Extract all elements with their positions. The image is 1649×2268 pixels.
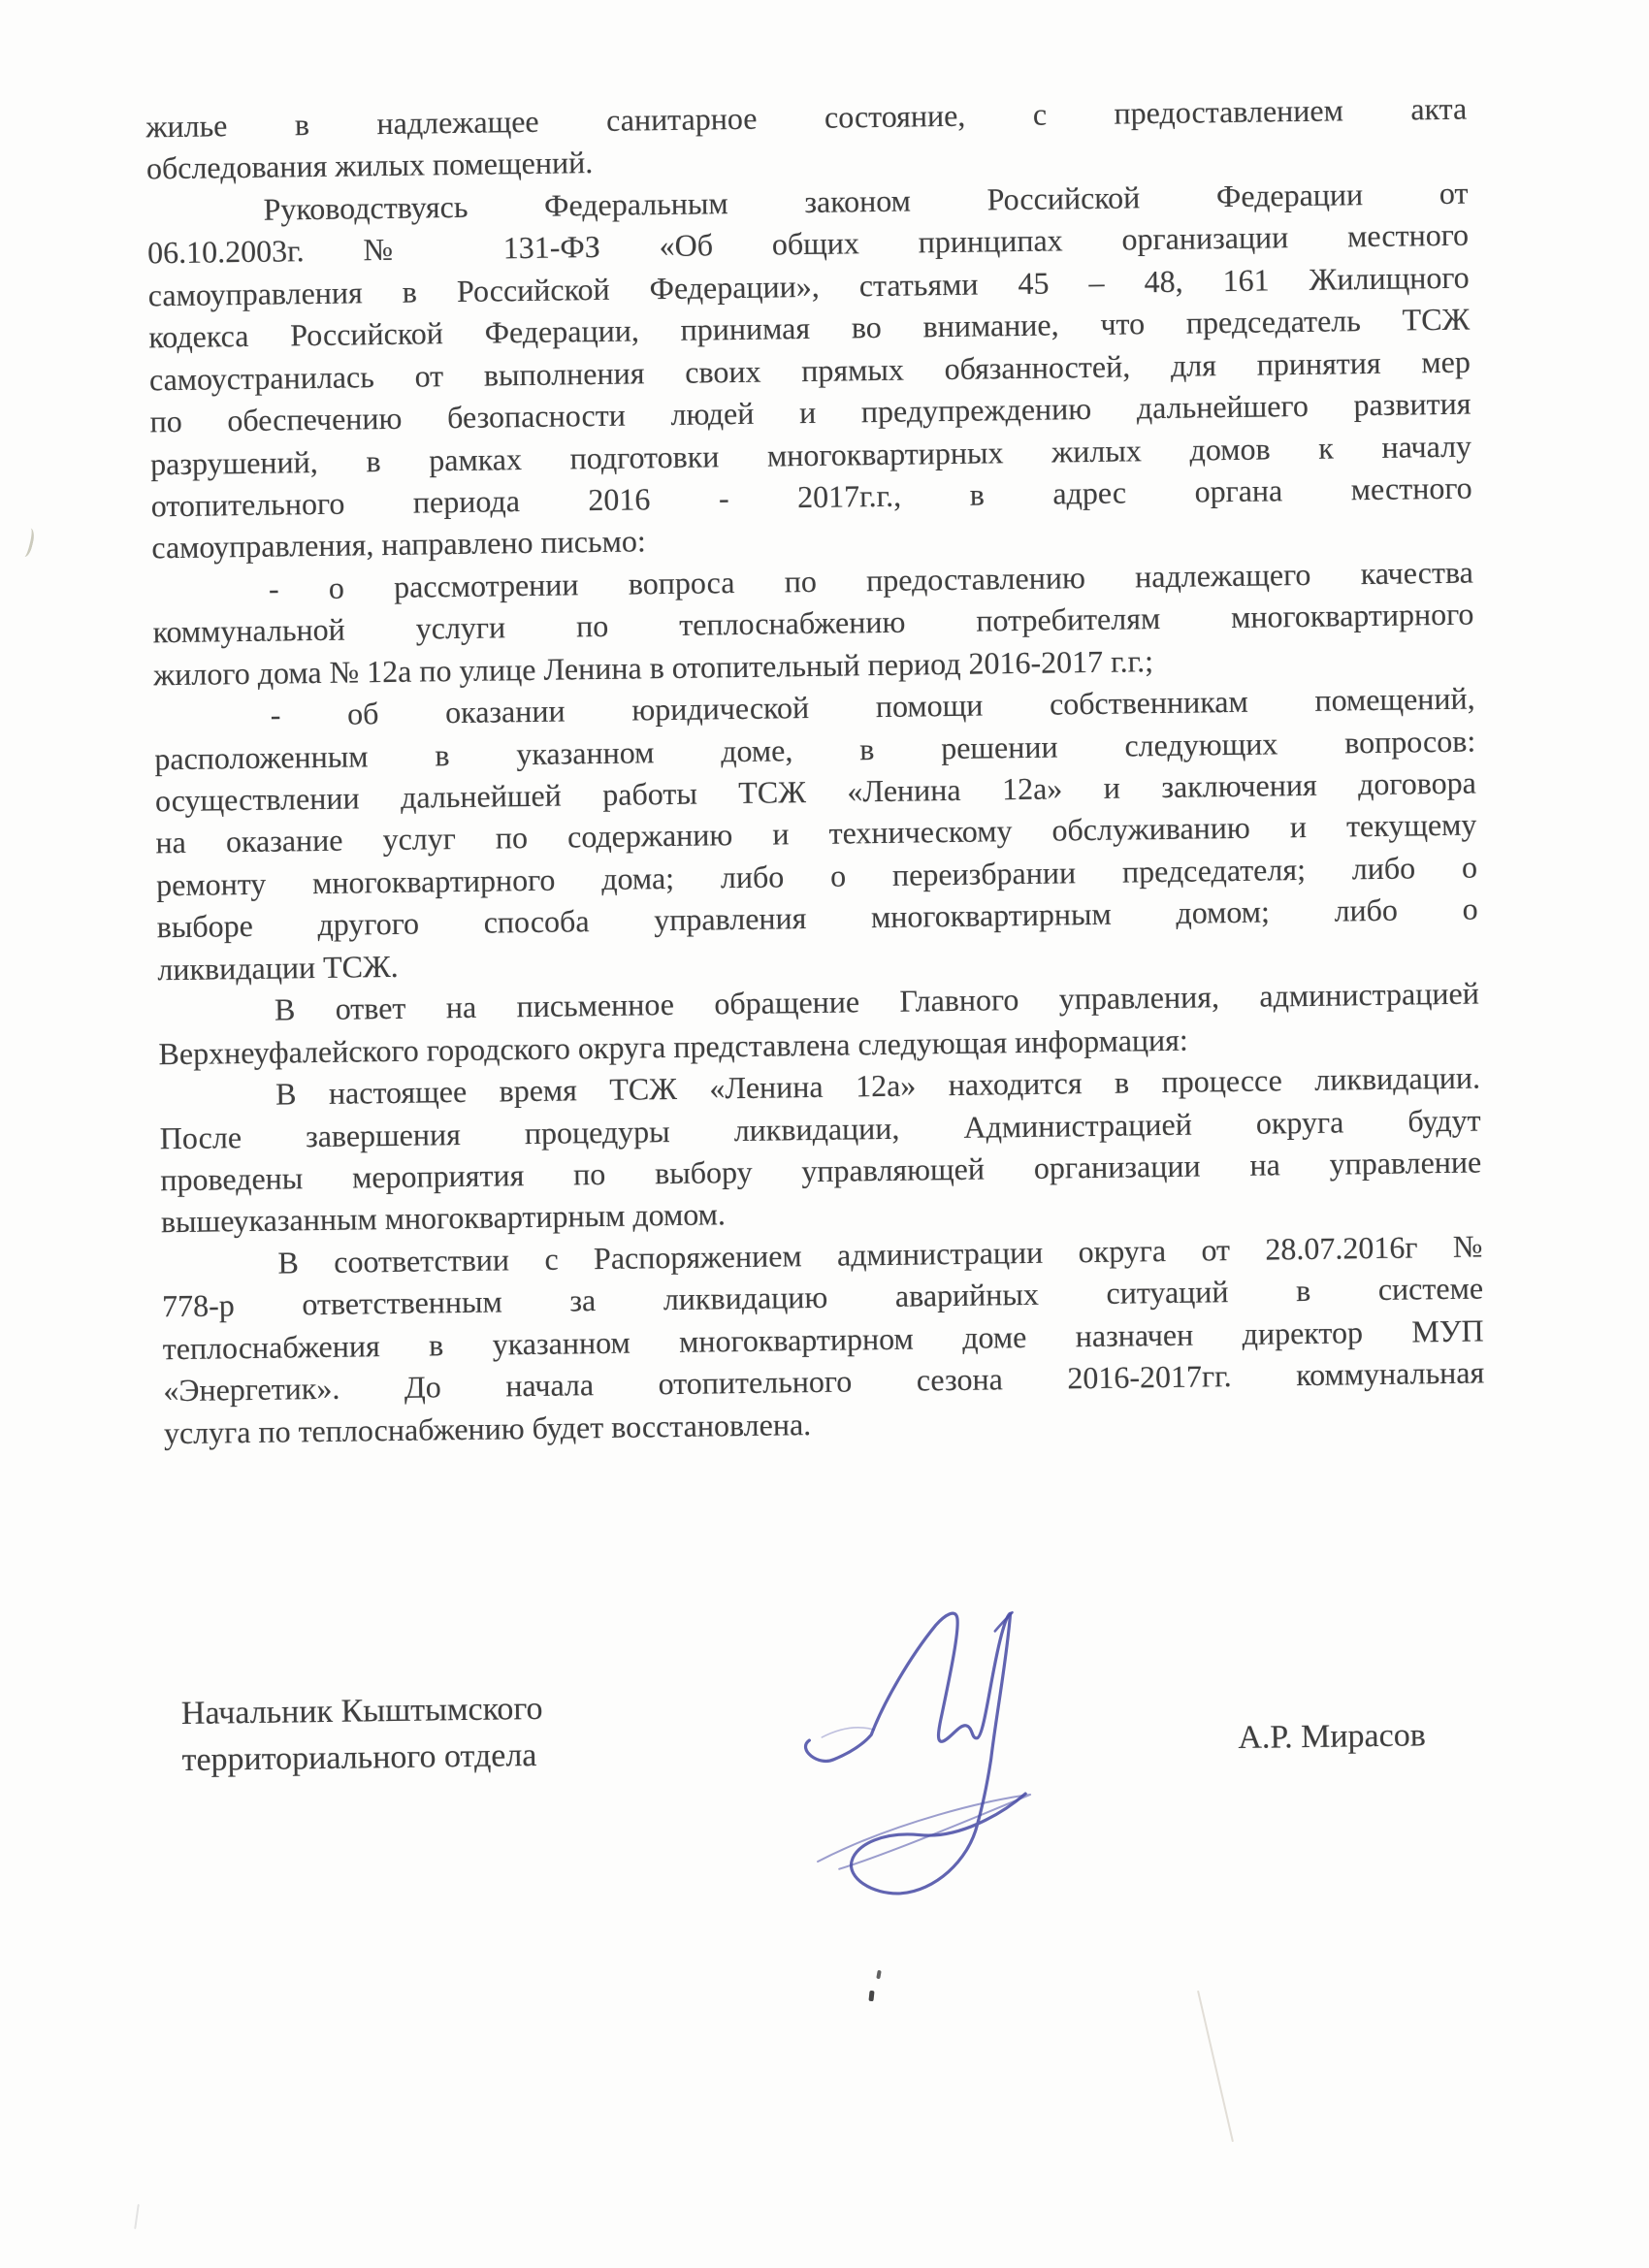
scan-artifact-margin-mark: [18, 527, 37, 558]
signer-name: А.Р. Мирасов: [1238, 1716, 1426, 1758]
signer-title: Начальник Кыштымского территориального о…: [181, 1686, 544, 1784]
letter-lines: жилье в надлежащее санитарное состояние,…: [145, 88, 1485, 1455]
letter-body: жилье в надлежащее санитарное состояние,…: [145, 88, 1495, 2144]
signer-title-line: Начальник Кыштымского: [181, 1686, 543, 1737]
scan-artifact-scratch: [134, 2204, 140, 2229]
scanned-letter-page: жилье в надлежащее санитарное состояние,…: [0, 0, 1649, 2268]
signer-title-line: территориального отдела: [181, 1733, 543, 1784]
handwritten-signature-icon: [765, 1570, 1061, 1932]
